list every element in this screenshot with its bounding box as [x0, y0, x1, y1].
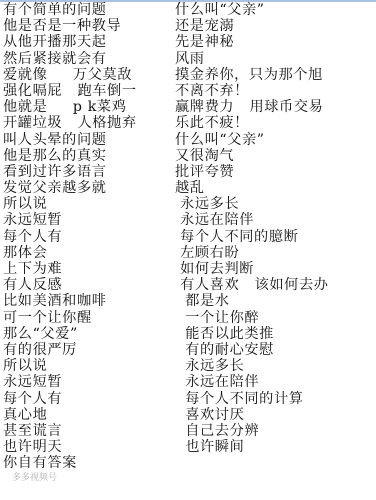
lyric-line: 越乱 [175, 180, 375, 196]
watermark: 多多视频号 [12, 470, 57, 483]
lyric-line: 有人喜欢 该如何去办 [175, 277, 375, 293]
lyric-line: 永远在陪伴 [175, 212, 375, 228]
lyric-line: 他是否是一种教导 [3, 18, 173, 34]
lyric-line: 有个简单的问题 [3, 2, 173, 18]
lyric-line: 甚至谎言 [3, 423, 173, 439]
lyric-line: 又很淘气 [175, 148, 375, 164]
lyric-line: 强化嗝屁 跑车倒一 [3, 83, 173, 99]
lyric-line: 真心地 [3, 407, 173, 423]
lyric-line: 每个人不同的计算 [175, 391, 375, 407]
lyric-line: 能否以此类推 [175, 326, 375, 342]
lyric-line: 先是神秘 [175, 34, 375, 50]
lyric-line: 每个人有 [3, 391, 173, 407]
lyric-line: 永远短暂 [3, 212, 173, 228]
lyric-line: 喜欢讨厌 [175, 407, 375, 423]
lyric-line: 那体会 [3, 245, 173, 261]
lyric-line: 赢牌费力 用球币交易 [175, 99, 375, 115]
lyric-line: 上下为难 [3, 261, 173, 277]
lyric-line: 如何去判断 [175, 261, 375, 277]
lyric-line: 批评夸赞 [175, 164, 375, 180]
lyric-line: 比如美酒和咖啡 [3, 293, 173, 309]
lyric-line: 每个人不同的臆断 [175, 229, 375, 245]
lyric-line: 一个让你醉 [175, 310, 375, 326]
lyric-line: 左顾右盼 [175, 245, 375, 261]
lyric-line: 他就是 p k菜鸡 [3, 99, 173, 115]
lyric-line: 什么叫“父亲” [175, 132, 375, 148]
lyric-line: 从他开播那天起 [3, 34, 173, 50]
lyric-line: 乐此不疲！ [175, 115, 375, 131]
lyrics-right-column: 什么叫“父亲” 还是宠溺 先是神秘 风雨 摸金养你，只为那个旭 不离不弃！ 赢牌… [175, 2, 375, 455]
lyric-line: 所以说 [3, 358, 173, 374]
lyric-line: 有人反感 [3, 277, 173, 293]
lyric-line: 发觉父亲越多就 [3, 180, 173, 196]
lyric-line: 永远多长 [175, 358, 375, 374]
lyric-line: 永远在陪伴 [175, 374, 375, 390]
lyric-line: 还是宠溺 [175, 18, 375, 34]
lyric-line: 永远多长 [175, 196, 375, 212]
lyric-line: 有的耐心安慰 [175, 342, 375, 358]
lyric-line: 不离不弃！ [175, 83, 375, 99]
lyric-line: 看到过许多语言 [3, 164, 173, 180]
lyric-line: 也许明天 [3, 439, 173, 455]
lyric-line: 风雨 [175, 51, 375, 67]
lyric-line: 他是那么的真实 [3, 148, 173, 164]
lyric-line: 开罐垃圾 人格抛弃 [3, 115, 173, 131]
lyric-line: 所以说 [3, 196, 173, 212]
lyric-line: 每个人有 [3, 229, 173, 245]
lyric-line: 摸金养你，只为那个旭 [175, 67, 375, 83]
lyric-line: 都是水 [175, 293, 375, 309]
lyric-line: 永远短暂 [3, 374, 173, 390]
lyric-line: 然后紧接就会有 [3, 51, 173, 67]
lyrics-left-column: 有个简单的问题 他是否是一种教导 从他开播那天起 然后紧接就会有 爱就像 万父莫… [3, 2, 173, 471]
lyric-line: 可一个让你醒 [3, 310, 173, 326]
lyric-line: 叫人头晕的问题 [3, 132, 173, 148]
lyric-line: 什么叫“父亲” [175, 2, 375, 18]
lyric-line: 也许瞬间 [175, 439, 375, 455]
lyric-line: 那么“父爱” [3, 326, 173, 342]
lyric-line: 自己去分辨 [175, 423, 375, 439]
lyric-line: 有的很严厉 [3, 342, 173, 358]
lyric-line: 你自有答案 [3, 455, 173, 471]
lyric-line: 爱就像 万父莫敌 [3, 67, 173, 83]
